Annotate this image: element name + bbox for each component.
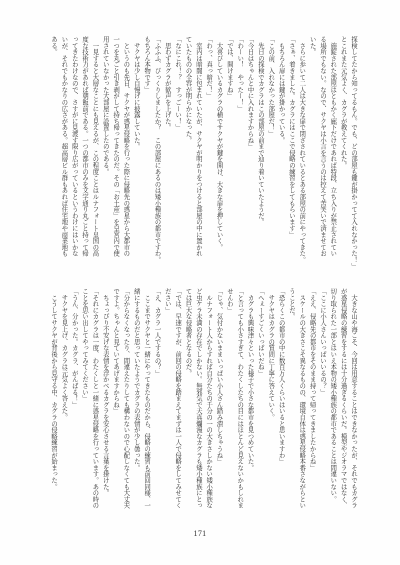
text-line: ルナフォート人からすれば自分たちの千分の一の大きさしかない矮小種族な bbox=[203, 288, 213, 522]
text-line: 「さぁ、着きました。カグラにはここで侵略の練習をしてもらいます」 bbox=[286, 36, 296, 270]
text-line: 「では、早速ですが、前回の侵略を踏まえてまずは一人で侵略をしてみせてく bbox=[172, 288, 182, 522]
text-line: もちろん扉には鍵が掛かっている。 bbox=[275, 36, 285, 270]
text-line: もちろん本物です」 bbox=[141, 36, 151, 270]
text-line: 「この前、入れなかった部屋だ！」 bbox=[265, 36, 275, 270]
text-line: 「それにカグラは一度、わたくしと一緒に惑星侵略を行っています。あの時の bbox=[89, 288, 99, 522]
text-line: というのも先日、サクヤが惑星侵略を行った際に侵略先の惑星から大都市の bbox=[120, 36, 130, 270]
text-line: うことだ。 bbox=[286, 288, 296, 522]
lower-text-tier: 大きな山や海こそ、今回は用意することはできなかったが、それでもカグラ が惑星侵略… bbox=[47, 288, 358, 522]
text-line: 「と言っても小さすぎて、わたくしたちの目にはほとんど見えないかもしれま bbox=[234, 288, 244, 522]
text-line: サクヤは少し自慢げに披露していた。 bbox=[130, 36, 140, 270]
upper-text-tier: 探検してたから知ってるもん。でも、どの部屋も鍵が掛かってて入れなかった！」 とこ… bbox=[47, 36, 358, 270]
text-line: ここまでサクヤと一緒にやってきたものだから、侵略の練習も前回同様、一 bbox=[141, 288, 151, 522]
text-line: 度な技術力があれば朝飯前である。一つの都市のみを文字通り丸ごと持って帰 bbox=[79, 36, 89, 270]
text-line: 用されていなかった大部屋に設置したのである。 bbox=[99, 36, 109, 270]
text-line: 「わーい！ やったー！」 bbox=[234, 36, 244, 270]
text-line: ですよ。ちゃんと見ていてあげますからね」 bbox=[110, 288, 120, 522]
text-line: 「分からなくなったり、間違えたりしても構わないので心配しなくても大丈夫 bbox=[120, 288, 130, 522]
text-line: いた。 bbox=[306, 36, 316, 270]
text-line: が惑星侵略の練習をするには十分過ぎるくらいだ。模型やジオラマではなく、 bbox=[337, 288, 347, 522]
text-line: ていたものの全容が明らかになった。 bbox=[182, 36, 192, 270]
text-line: こうしてサクヤが背後から見守る中、カグラの侵略練習が始まった。 bbox=[48, 288, 58, 522]
text-line: カグラも興味津々といった様子で小さな都市を見つめていた。 bbox=[244, 288, 254, 522]
text-line: ださい」 bbox=[161, 288, 171, 522]
text-line: 一つを丸ごと引き剥がして持ち帰ってきたのだ。その「お土産」を皇宮内で使 bbox=[110, 36, 120, 270]
text-line: 大喜びしているカグラの横でサクヤが鍵を開け、大きな扉を押していく。 bbox=[213, 36, 223, 270]
book-page: 探検してたから知ってるもん。でも、どの部屋も鍵が掛かってて入れなかった！」 とこ… bbox=[0, 0, 400, 565]
text-line: ある。 bbox=[48, 36, 58, 270]
text-line: 「へぇーすごくいっぱいだね」 bbox=[255, 288, 265, 522]
text-line: 大きな山や海こそ、今回は用意することはできなかったが、それでもカグラ bbox=[348, 288, 358, 522]
text-line: 「今日はちゃんと中に入れますからね」 bbox=[244, 36, 254, 270]
text-line: 「ふふふ、びっくりしましたか？ この部屋にあるのは矮小種族の都市ですわ。 bbox=[151, 36, 161, 270]
page-number: 171 bbox=[185, 529, 215, 539]
text-line: 「ここに小人さんいっぱいいるの？」 bbox=[317, 288, 327, 522]
text-line: 「ええ、侵略先の都市をそのまま持って帰ってきましたからね」 bbox=[306, 288, 316, 522]
text-line: ど虫ケラ未満の存在でしかない。無邪気で天真爛漫なカグラも矮小種族にとっ bbox=[193, 288, 203, 522]
text-line: 「恐らくこの都市の中に数百万人くらいはいると思いますわ」 bbox=[275, 288, 285, 522]
text-line: ちょっぴり不安げな表情を浮かべるカグラを安心させる言葉を掛けた。 bbox=[99, 288, 109, 522]
text-line: 一見すると大層なことにも見えるが、この程度ことはルナフォート皇国の高 bbox=[89, 36, 99, 270]
text-line: 探検してたから知ってるもん。でも、どの部屋も鍵が掛かってて入れなかった！」 bbox=[348, 36, 358, 270]
text-line: 「なにこれ！？ すっごーい！」 bbox=[172, 36, 182, 270]
text-line: サクヤを見上げ、カグラは元気よく答えた。 bbox=[58, 288, 68, 522]
text-line: 先日の探検でカグラはこの部屋の前まで辿り着いていたようだ。 bbox=[255, 36, 265, 270]
text-line: 思わずカグラが歓声を上げた。 bbox=[161, 36, 171, 270]
text-line: 施錠された部屋はともかく廊下だけであれば特段、立ち入りが禁止されてい bbox=[327, 36, 337, 270]
text-line: 「うん、分かった。カグラ、がんばる！」 bbox=[68, 288, 78, 522]
text-line: 室内は暗闇に包まれていたが、サクヤが明かりをつけると部屋の中に置かれ bbox=[193, 36, 203, 270]
text-line: サクヤはカグラの質問に丁寧に答えていく。 bbox=[265, 288, 275, 522]
text-line: 「え、カグラ一人でするの？」 bbox=[151, 288, 161, 522]
text-line: ってきたわけなので、さすがに見渡す限り広がっているというわけにはいかな bbox=[68, 36, 78, 270]
text-line: ては巨大な侵略者となるのだ。 bbox=[182, 288, 192, 522]
text-line: いが、それでもかなりの広さがある。超高層ビル群もあれば住宅地や商業地も bbox=[58, 36, 68, 270]
text-line: スケールの大きさこそ異なるものの、環境自体は惑星侵略本番さながらとい bbox=[296, 288, 306, 522]
text-line: 「じゃ、気付かないままいっぱい小人さん踏み潰しちゃうね」 bbox=[213, 288, 223, 522]
text-line: とこれまた元気よく、カグラが教えてくれた。 bbox=[337, 36, 347, 270]
text-line: 「では、開けますね」 bbox=[224, 36, 234, 270]
text-line: 緒にするものだと思っていたようでカグラの表情が少し曇った。 bbox=[130, 288, 140, 522]
text-line: 「わっ、真っ暗だ！」 bbox=[203, 36, 213, 270]
text-line: ことを思い出してやってみてください」 bbox=[79, 288, 89, 522]
text-line: せんわ」 bbox=[224, 288, 234, 522]
text-line: さらに歩いて二人は大きな扉で閉ざされているとある部屋の前にやってきた。 bbox=[296, 36, 306, 270]
text-line: 切り取られた一部とはいえ本物の矮小種族の都市であることは間違いない。 bbox=[327, 288, 337, 522]
text-line: る場所でもない。なので、サクヤは小言を言うのは控えて苦笑いで済ませてお bbox=[317, 36, 327, 270]
